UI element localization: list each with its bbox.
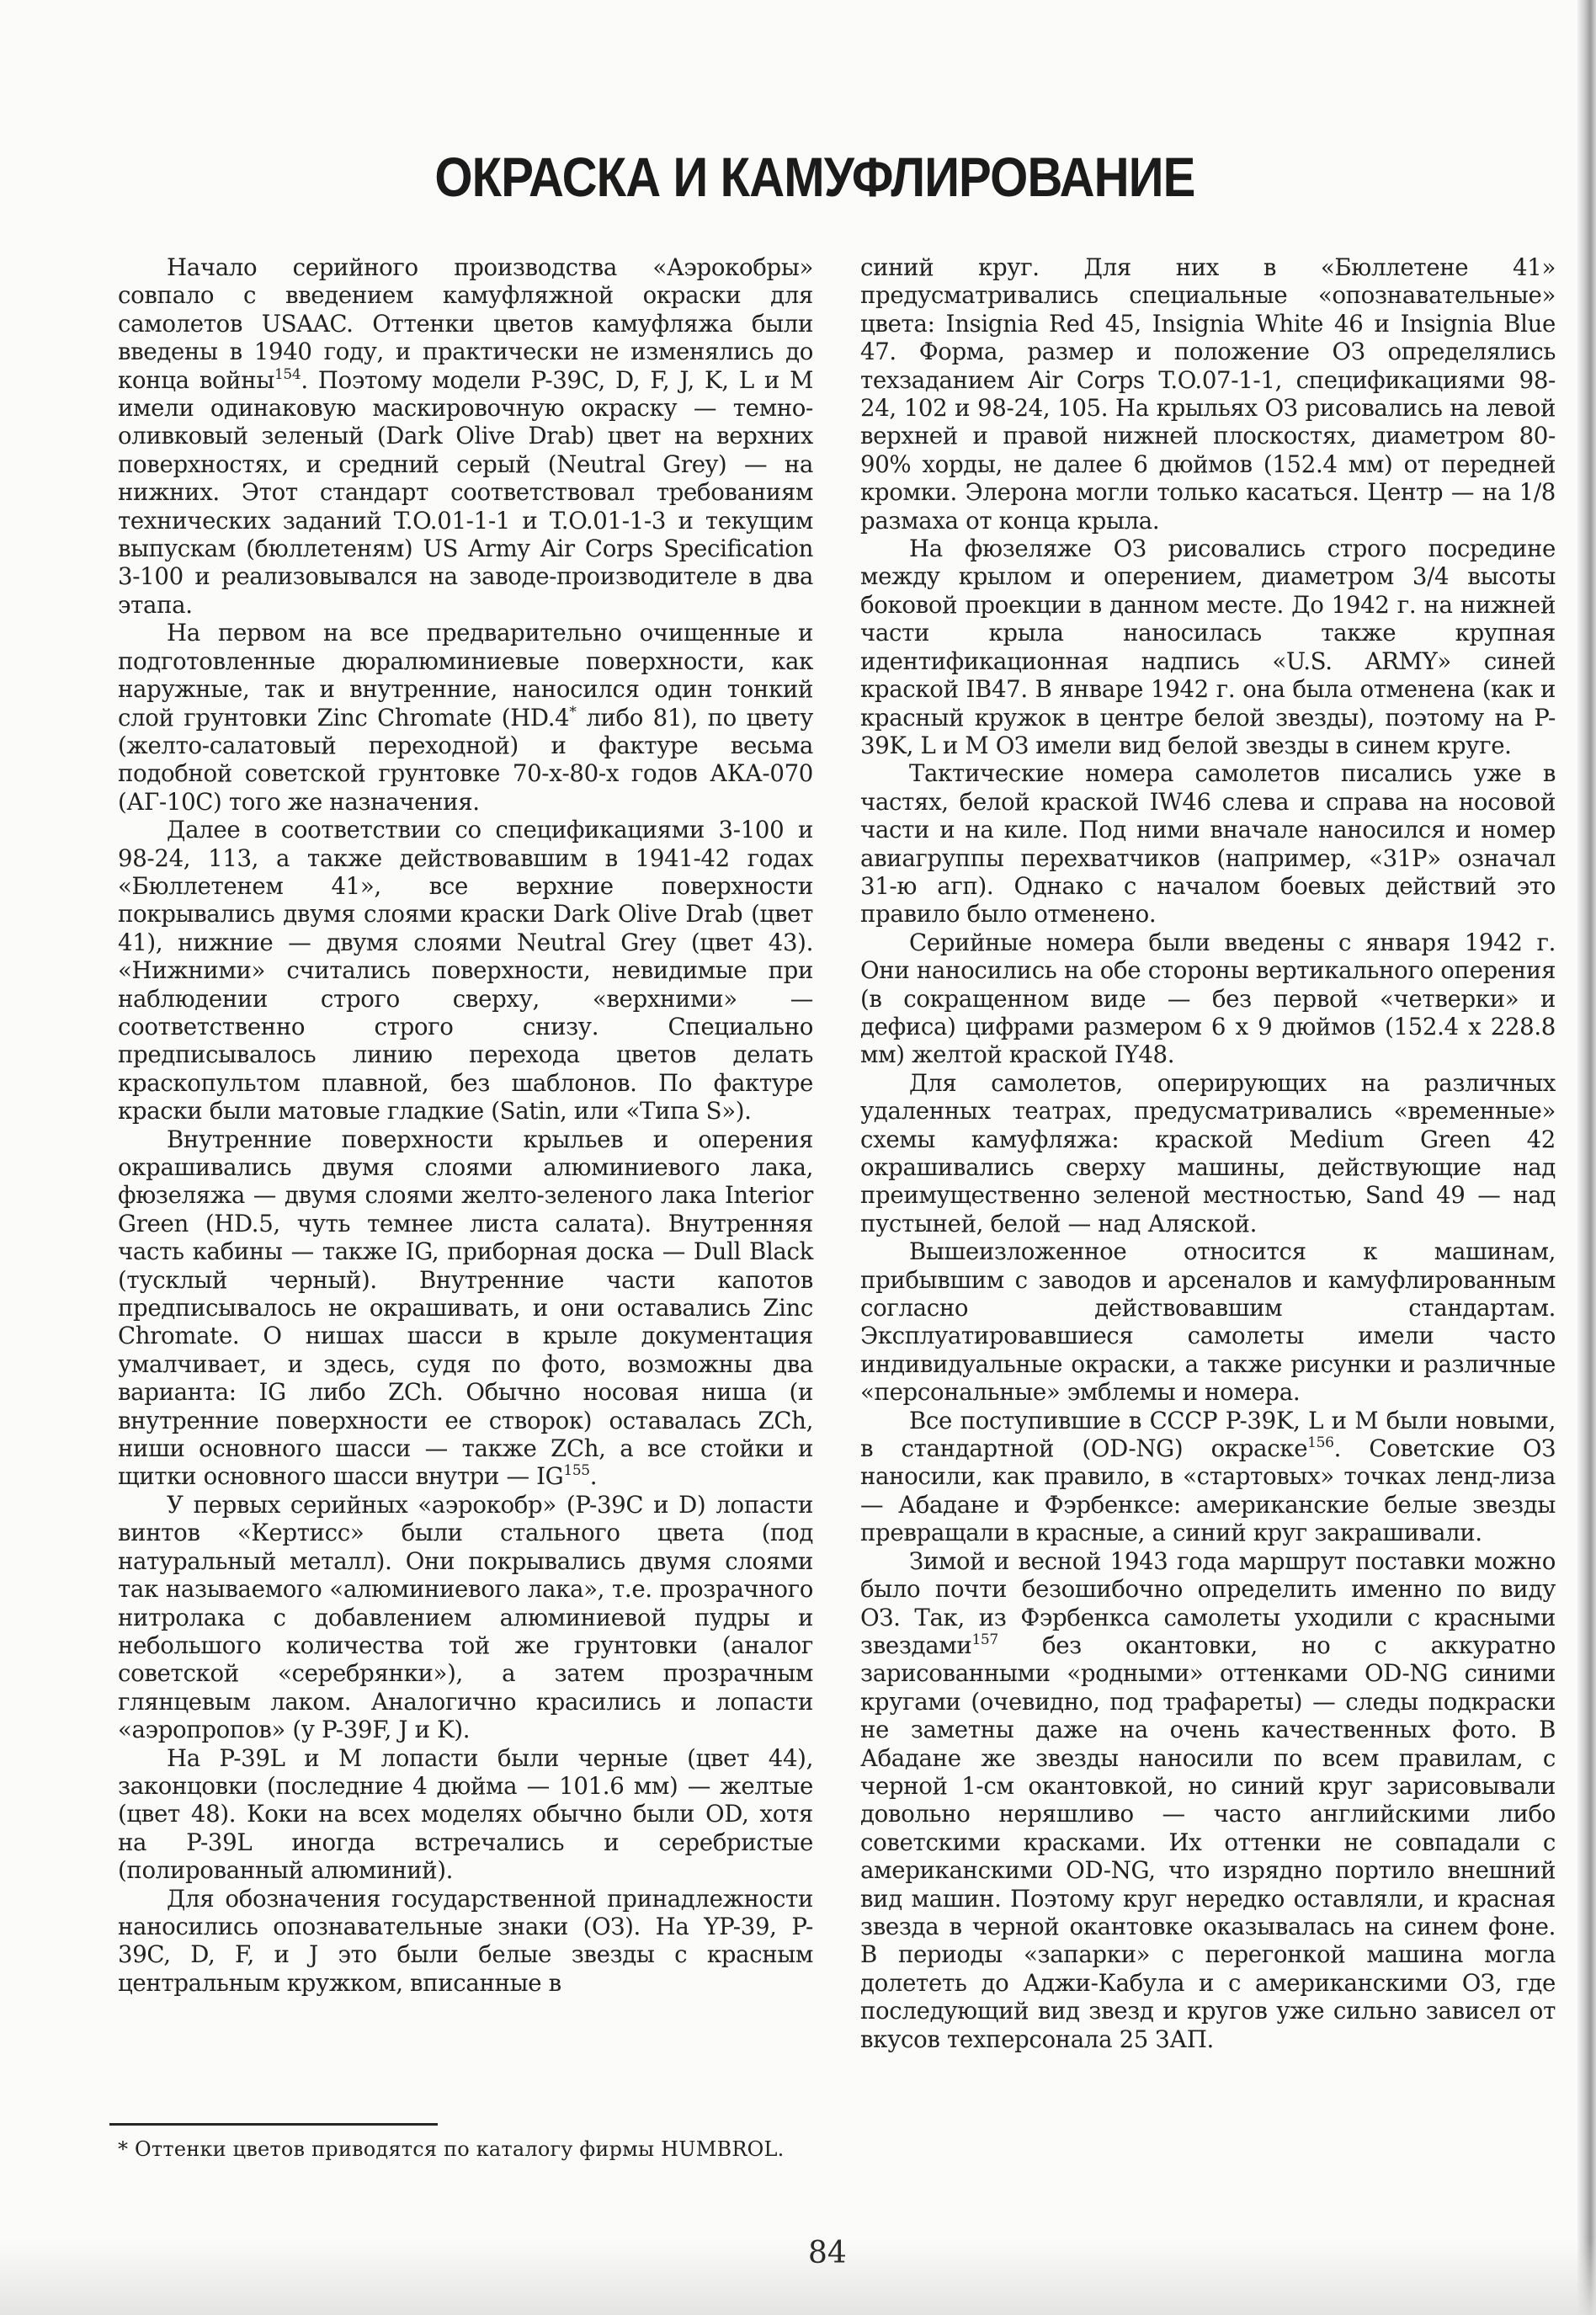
paragraph: Все поступившие в СССР P-39K, L и M были… <box>860 1407 1556 1547</box>
paragraph-text: синий круг. Для них в «Бюллетене 41» пре… <box>860 253 1556 535</box>
footnote-ref: 155 <box>563 1462 589 1479</box>
paragraph-text: Вышеизложенное относится к машинам, приб… <box>860 1237 1556 1406</box>
paragraph-text: . Поэтому модели P-39C, D, F, J, K, L и … <box>118 366 813 619</box>
paragraph-text: На P-39L и M лопасти были черные (цвет 4… <box>118 1744 813 1885</box>
paragraph-text: . <box>590 1462 597 1490</box>
paragraph: На P-39L и M лопасти были черные (цвет 4… <box>118 1744 813 1885</box>
paragraph-text: Внутренние поверхности крыльев и оперени… <box>118 1126 813 1491</box>
paragraph: У первых серийных «аэрокобр» (P-39C и D)… <box>118 1491 813 1744</box>
footnote: * Оттенки цветов приводятся по каталогу … <box>118 2138 813 2160</box>
paragraph: Серийные номера были введены с января 19… <box>860 929 1556 1069</box>
paragraph: Вышеизложенное относится к машинам, приб… <box>860 1237 1556 1406</box>
paragraph: синий круг. Для них в «Бюллетене 41» пре… <box>860 253 1556 535</box>
right-column: синий круг. Для них в «Бюллетене 41» пре… <box>860 253 1556 2053</box>
paragraph: Внутренние поверхности крыльев и оперени… <box>118 1126 813 1491</box>
paragraph: Далее в соответствии со спецификациями 3… <box>118 816 813 1125</box>
paragraph-text: Для самолетов, оперирующих на различных … <box>860 1069 1556 1237</box>
footnote-divider <box>109 2123 438 2126</box>
footnote-ref: 154 <box>274 366 301 383</box>
page-edge-shadow <box>1577 0 1596 2315</box>
paragraph-text: Тактические номера самолетов писались уж… <box>860 759 1556 928</box>
footnote-ref: 157 <box>971 1631 997 1648</box>
left-column: Начало серийного производства «Аэрокобры… <box>118 253 813 1997</box>
paragraph-text: На фюзеляже ОЗ рисовались строго посреди… <box>860 535 1556 759</box>
paragraph-text: Серийные номера были введены с января 19… <box>860 929 1556 1069</box>
paragraph-text: Для обозначения государственной принадле… <box>118 1885 813 1997</box>
paragraph: Зимой и весной 1943 года маршрут поставк… <box>860 1547 1556 2053</box>
page-number: 84 <box>808 2236 847 2270</box>
paragraph-text: без окантовки, но с аккуратно зарисованн… <box>860 1631 1556 2053</box>
paragraph: Тактические номера самолетов писались уж… <box>860 759 1556 928</box>
footnote-ref: * <box>569 704 576 721</box>
page-title: ОКРАСКА И КАМУФЛИРОВАНИЕ <box>113 145 1517 209</box>
paragraph: На фюзеляже ОЗ рисовались строго посреди… <box>860 535 1556 759</box>
paragraph-text: У первых серийных «аэрокобр» (P-39C и D)… <box>118 1491 813 1743</box>
page-bottom-shade <box>0 2239 1596 2315</box>
paragraph-text: Далее в соответствии со спецификациями 3… <box>118 816 813 1125</box>
paragraph: На первом на все предварительно очищенны… <box>118 619 813 816</box>
paragraph: Для самолетов, оперирующих на различных … <box>860 1069 1556 1237</box>
paragraph: Начало серийного производства «Аэрокобры… <box>118 253 813 619</box>
paragraph: Для обозначения государственной принадле… <box>118 1885 813 1998</box>
footnote-ref: 156 <box>1307 1434 1333 1451</box>
